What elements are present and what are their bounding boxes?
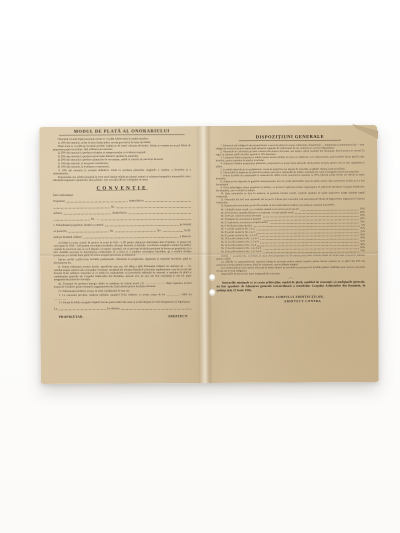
nota-paragraphs: NOTĂ. — La tariful No. 1 (Schițe), în ca… [216, 253, 365, 275]
clause-paragraph: II. Pentru elaborarea acestor lucrări, s… [54, 265, 192, 282]
form-label: Str. [111, 205, 115, 208]
dotted-blank-line [84, 234, 179, 238]
dotted-blank-line [64, 211, 111, 215]
clause-paragraph: III. Termenul de predarea întregii clădi… [54, 281, 192, 288]
approval-paragraph: Onorariile minimale ce se cuvin arhitecț… [216, 280, 365, 293]
arhitect-signature-label: ARHITECT. [168, 315, 188, 318]
form-label: Adresa: [53, 212, 62, 215]
dotted-blank-line [163, 228, 183, 231]
document: MODUL DE PLATĂ AL ONORARIULUI Onorariul … [39, 125, 379, 384]
form-row: LaLocalitatea [54, 306, 192, 310]
form-label: La [54, 307, 57, 310]
form-label: Str. [110, 229, 114, 232]
dotted-blank-line [121, 306, 192, 310]
dotted-blank-line [53, 205, 109, 209]
form-row: ce posed înStr.No.închi- [54, 228, 192, 232]
proprietar-signature-label: PROPRIETAR. [59, 315, 84, 318]
form-row: riem pe Domnul Arhitecta binevoi: [54, 234, 192, 238]
punch-hole-top [209, 274, 215, 280]
form-label: a binevoi: [180, 235, 191, 238]
place-row: LaLocalitatea [54, 306, 192, 310]
form-row: Str. [53, 204, 191, 208]
form-row: I. Subsemnatul proprietar, dorind a cons… [53, 222, 191, 226]
dotted-blank-line [101, 216, 191, 220]
form-label: pe terenul [180, 223, 191, 226]
dotted-blank-line [116, 204, 191, 208]
dotted-blank-line [145, 198, 191, 202]
general-provisions-paragraphs: 1. Arhitectul este obligat să dea propri… [216, 143, 365, 207]
divider-ornament: -*- [216, 276, 365, 280]
right-page-title: DISPOZIȚIUNI GENERALE [239, 134, 341, 141]
left-page-title: MODUL DE PLATĂ AL ONORARIULUI [59, 128, 185, 135]
form-label: I. Subsemnatul proprietar, dorind a cons… [53, 223, 103, 226]
nota-paragraph: Dispozițiile de mai sus fac parte integr… [216, 271, 365, 275]
punch-hole-bottom [209, 289, 215, 295]
dotted-blank-line [115, 229, 156, 233]
conventie-form-rows: Proprietardomiciliat înStr.Adresa:domici… [53, 198, 191, 238]
form-row: No. ...... [53, 216, 191, 220]
form-label: ce posed în [54, 230, 67, 233]
dotted-blank-line [128, 210, 191, 214]
form-label: închi- [184, 229, 191, 232]
approval-paragraph-block: Onorariile minimale ce se cuvin arhitecț… [216, 280, 365, 293]
form-row: Proprietardomiciliat în [53, 198, 191, 202]
form-label: No. ...... [91, 217, 100, 220]
form-label: Localitatea [107, 307, 120, 310]
dotted-blank-line [105, 222, 179, 226]
conventie-opening: Între subsemnații: [53, 193, 191, 197]
tariff-table: Nr. 1 Schiță la scara cerută, cu o evalu… [221, 207, 365, 253]
form-label: domiciliat în [112, 211, 127, 214]
form-label: No. [157, 229, 161, 232]
payment-intro-paragraphs: Onorariul cuvenit după prezentele norme … [53, 137, 191, 182]
form-label: Proprietar [53, 200, 64, 203]
form-label: domiciliat în [129, 199, 144, 202]
photo-background: MODUL DE PLATĂ AL ONORARIULUI Onorariul … [0, 0, 400, 533]
dotted-blank-line [53, 217, 89, 221]
conventie-clauses: a) Schițe la scara cerută; b) proiect la… [54, 240, 192, 304]
dotted-blank-line [68, 229, 109, 233]
signature-row: PROPRIETAR. ARHITECT. [59, 315, 189, 319]
decan-signature: ARHITECT CONTRA [217, 299, 366, 303]
conventie-title: CONVENȚIE [53, 185, 191, 192]
clause-paragraph: V. La onorariul prevăzut conform tariful… [54, 293, 192, 300]
clause-paragraph: VI. Făcută în dublu exemplar original, f… [54, 300, 192, 304]
form-row: Adresa:domiciliat în [53, 210, 191, 214]
dotted-blank-line [58, 307, 105, 311]
intro-paragraph: Proprietarul care achită onorariul în ac… [53, 175, 191, 182]
dotted-blank-line [66, 199, 128, 203]
form-label: riem pe Domnul Arhitect [54, 235, 83, 238]
clause-paragraph: Într'un cuvânt a plăti toate lucrările p… [54, 257, 192, 264]
